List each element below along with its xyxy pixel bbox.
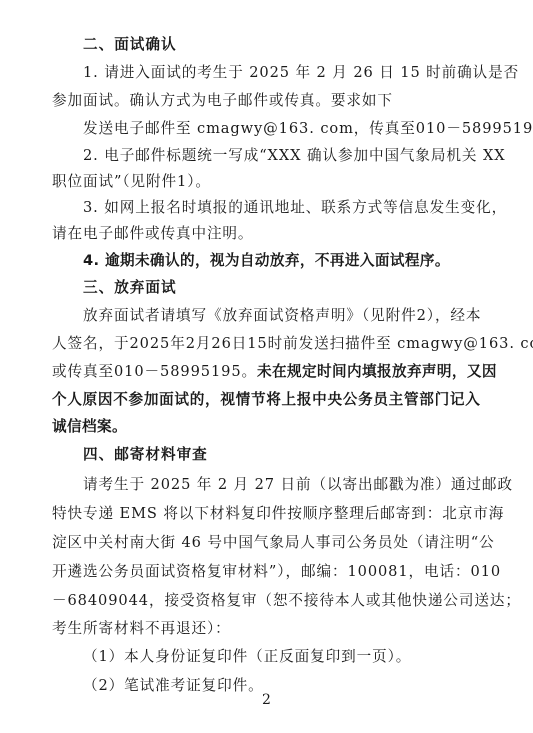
paragraph-line: 开遴选公务员面试资格复审材料”），邮编：100081，电话：010 <box>52 562 480 582</box>
document-page: 二、面试确认 1. 请进入面试的考生于 2025 年 2 月 26 日 15 时… <box>0 0 533 733</box>
paragraph-line: 考生所寄材料不再退还）： <box>52 619 480 639</box>
bold-notice-line: 4. 逾期未确认的，视为自动放弃，不再进入面试程序。 <box>83 251 480 271</box>
paragraph-line: 参加面试。确认方式为电子邮件或传真。要求如下 <box>52 91 480 111</box>
paragraph-line: －68409044，接受资格复审（恕不接待本人或其他快递公司送达； <box>52 591 480 611</box>
paragraph-line: 2. 电子邮件标题统一写成“XXX 确认参加中国气象局机关 XX <box>83 146 480 166</box>
paragraph-line: 1. 请进入面试的考生于 2025 年 2 月 26 日 15 时前确认是否 <box>83 63 480 83</box>
page-number: 2 <box>0 690 533 710</box>
paragraph-line: 请在电子邮件或传真中注明。 <box>52 224 480 244</box>
paragraph-line: 3. 如网上报名时填报的通讯地址、联系方式等信息发生变化， <box>83 198 480 218</box>
section-heading-interview-confirmation: 二、面试确认 <box>83 35 480 55</box>
bold-warning-text: 未在规定时间内填报放弃声明，又因 <box>257 363 497 380</box>
bold-warning-line: 诚信档案。 <box>52 417 480 437</box>
paragraph-line: 特快专递 EMS 将以下材料复印件按顺序整理后邮寄到：北京市海 <box>52 504 480 524</box>
list-item-id-card: （1）本人身份证复印件（正反面复印到一页）。 <box>83 647 480 667</box>
section-heading-abandon-interview: 三、放弃面试 <box>83 278 480 298</box>
bold-warning-line: 个人原因不参加面试的，视情节将上报中央公务员主管部门记入 <box>52 390 480 410</box>
paragraph-line: 放弃面试者请填写《放弃面试资格声明》（见附件2），经本 <box>83 306 480 326</box>
paragraph-line: 发送电子邮件至 cmagwy@163. com，传真至010－58995195。 <box>83 119 480 139</box>
paragraph-line: 淀区中关村南大街 46 号中国气象局人事司公务员处（请注明“公 <box>52 533 480 553</box>
paragraph-line-mixed: 或传真至010－58995195。未在规定时间内填报放弃声明，又因 <box>52 362 480 382</box>
paragraph-line: 人签名，于2025年2月26日15时前发送扫描件至 cmagwy@163. co… <box>52 334 480 354</box>
fax-text: 或传真至010－58995195。 <box>52 363 257 380</box>
section-heading-mail-materials-review: 四、邮寄材料审查 <box>83 445 480 465</box>
paragraph-line: 请考生于 2025 年 2 月 27 日前（以寄出邮戳为准）通过邮政 <box>83 475 480 495</box>
paragraph-line: 职位面试”（见附件1）。 <box>52 172 480 192</box>
